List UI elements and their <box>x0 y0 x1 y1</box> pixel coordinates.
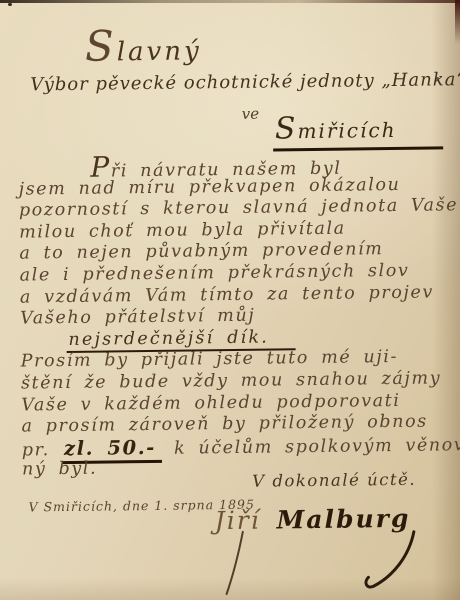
location-prefix: ve <box>242 105 260 123</box>
flourish-j-stroke <box>226 532 244 594</box>
body-line-amount: pr. zl. 50.- k účelům spolkovým věnova- <box>22 433 452 460</box>
closing-formula: V dokonalé úctě. <box>252 470 416 491</box>
amount-post: k účelům spolkovým věnova- <box>162 435 460 459</box>
handwritten-letter: Slavný Výbor pěvecké ochotnické jednoty … <box>0 0 460 600</box>
signature-first-name: Jiří <box>215 506 261 536</box>
letter-photo: Slavný Výbor pěvecké ochotnické jednoty … <box>0 0 460 600</box>
addressee-line: Výbor pěvecké ochotnické jednoty „Hanka“ <box>30 69 460 95</box>
location-underlined: Smiřicích <box>273 109 443 151</box>
signature-last-name: Malburg <box>276 504 410 535</box>
signature: JiříMalburg <box>215 504 411 535</box>
salutation: Slavný <box>85 20 202 70</box>
amount-pre: pr. <box>22 440 62 460</box>
letter-body: Při návratu našem byl jsem nad míru přek… <box>18 152 452 481</box>
flourish-g-stroke <box>365 532 414 587</box>
